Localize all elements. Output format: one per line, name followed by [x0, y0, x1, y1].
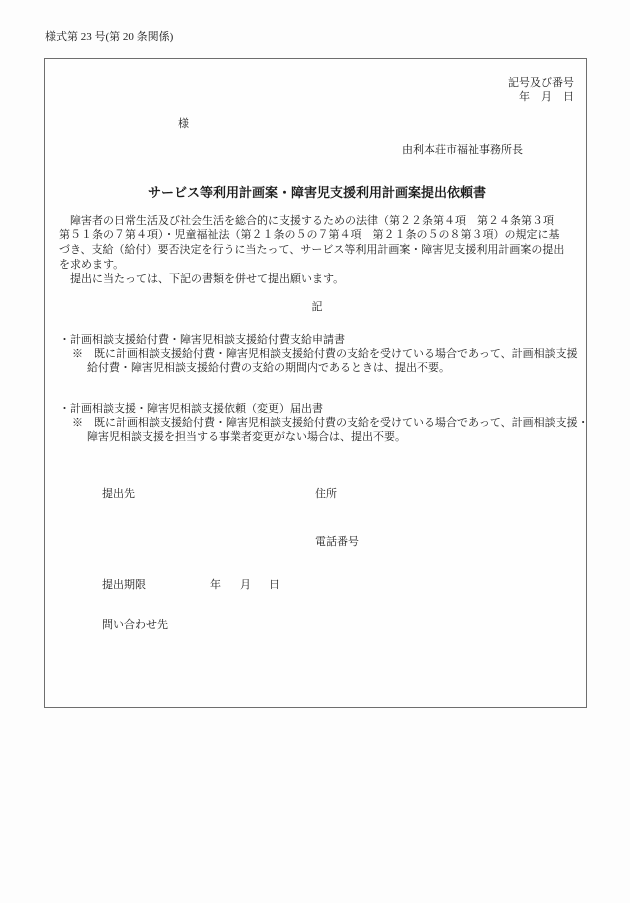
item-note-line: ※ 既に計画相談支援給付費・障害児相談支援給付費の支給を受けている場合であって、…	[72, 347, 578, 361]
deadline-day-label: 日	[269, 578, 280, 592]
item-note-line: ※ 既に計画相談支援給付費・障害児相談支援給付費の支給を受けている場合であって、…	[72, 416, 589, 430]
document-title: サービス等利用計画案・障害児支援利用計画案提出依頼書	[44, 186, 590, 200]
date-line: 年 月 日	[519, 90, 574, 104]
item-title: ・計画相談支援給付費・障害児相談支援給付費支給申請書	[59, 333, 345, 347]
item-note-line: 給付費・障害児相談支援給付費の支給の期間内であるときは、提出不要。	[87, 361, 450, 375]
body-line: づき、支給（給付）要否決定を行うに当たって、サービス等利用計画案・障害児支援利用…	[59, 243, 564, 257]
addressee-honorific: 様	[178, 117, 189, 131]
deadline-label: 提出期限	[102, 578, 146, 592]
deadline-year-label: 年	[210, 578, 221, 592]
item-title: ・計画相談支援・障害児相談支援依頼（変更）届出書	[59, 402, 323, 416]
contact-label: 問い合わせ先	[102, 618, 168, 632]
deadline-month-label: 月	[240, 578, 251, 592]
document-page: 様式第 23 号(第 20 条関係) 記号及び番号 年 月 日 様 由利本荘市福…	[0, 0, 630, 903]
reference-number-label: 記号及び番号	[508, 76, 574, 90]
body-line: 提出に当たっては、下記の書類を併せて提出願います。	[59, 272, 344, 286]
sender-name: 由利本荘市福祉事務所長	[402, 143, 523, 157]
item-note-line: 障害児相談支援を担当する事業者変更がない場合は、提出不要。	[87, 430, 406, 444]
body-line: 第５１条の７第４項）・児童福祉法（第２１条の５の７第４項 第２１条の５の８第３項…	[59, 228, 560, 242]
form-number: 様式第 23 号(第 20 条関係)	[45, 30, 173, 44]
address-label: 住所	[315, 487, 337, 501]
phone-label: 電話番号	[315, 535, 359, 549]
body-line: を求めます。	[59, 258, 124, 272]
body-line: 障害者の日常生活及び社会生活を総合的に支援するための法律（第２２条第４項 第２４…	[59, 214, 554, 228]
ki-heading: 記	[44, 300, 590, 314]
submit-to-label: 提出先	[102, 487, 135, 501]
